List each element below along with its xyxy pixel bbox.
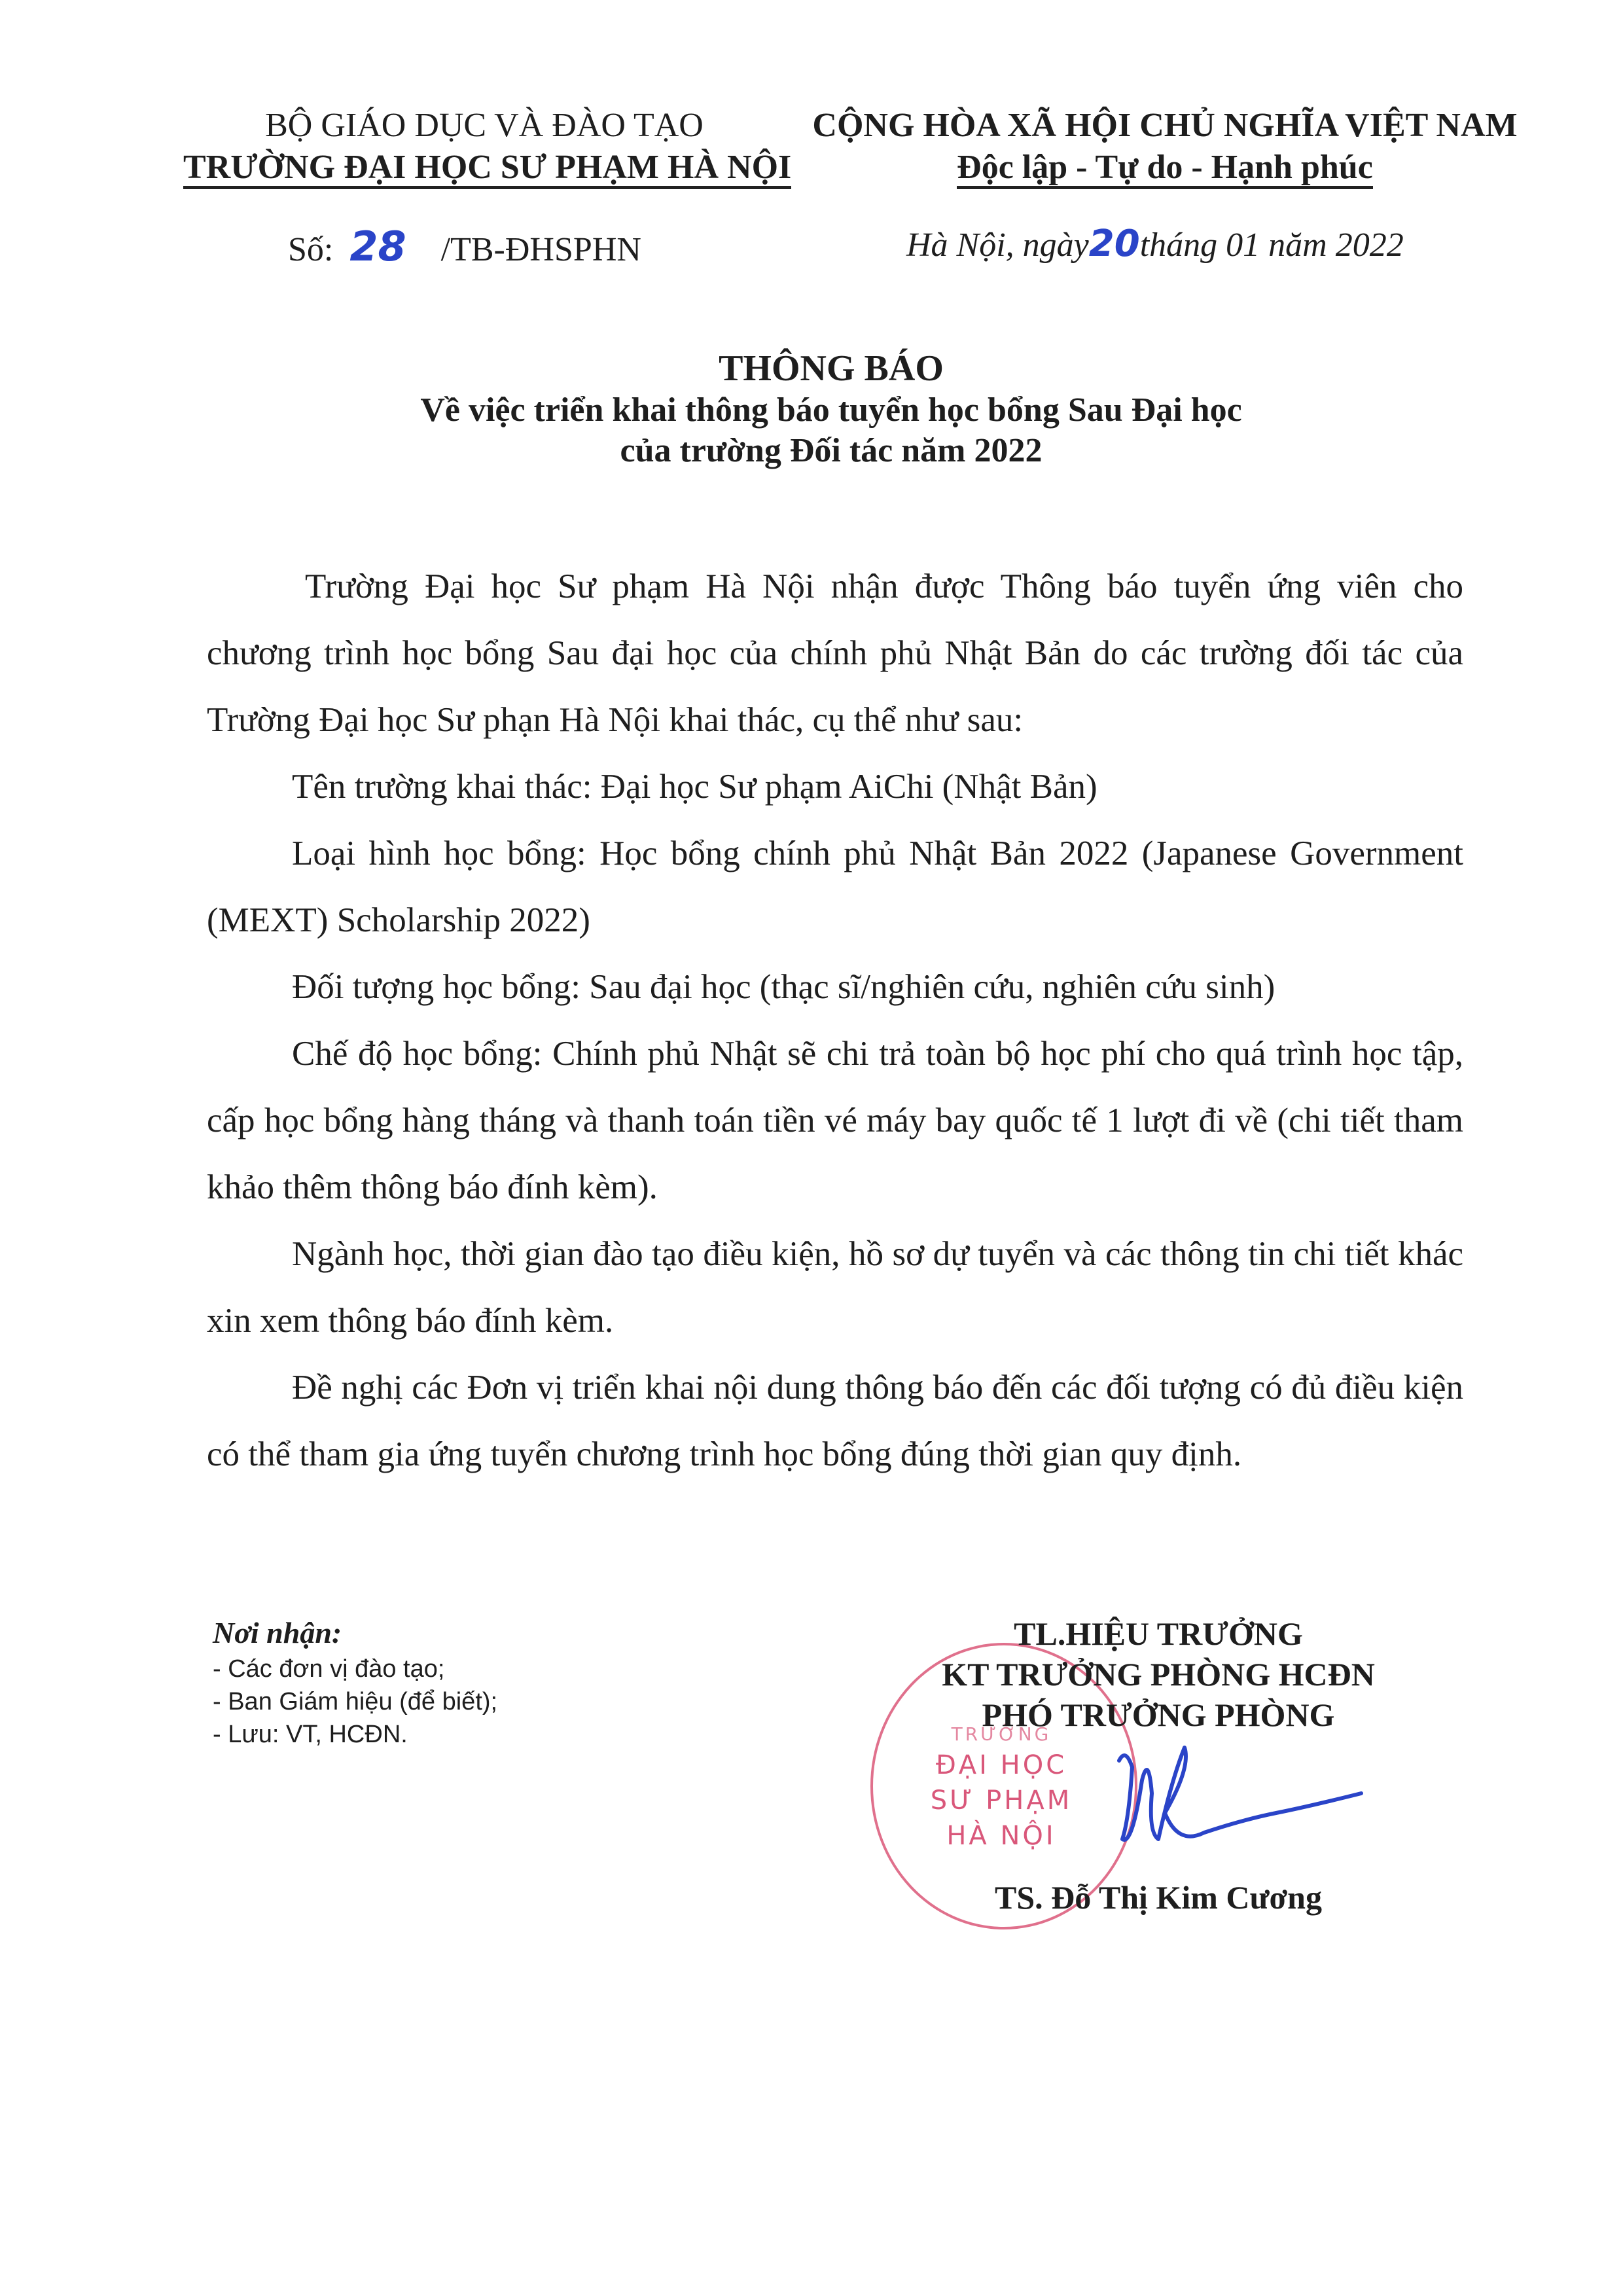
body-paragraph: Ngành học, thời gian đào tạo điều kiện, … [207, 1221, 1463, 1354]
signature-authority-3: PHÓ TRƯỞNG PHÒNG [864, 1695, 1453, 1735]
recipient-item: - Ban Giám hiệu (để biết); [213, 1685, 736, 1718]
title-main: THÔNG BÁO [196, 347, 1466, 390]
signature-block: TL.HIỆU TRƯỞNG KT TRƯỞNG PHÒNG HCĐN PHÓ … [864, 1613, 1453, 1735]
signer-name: TS. Đỗ Thị Kim Cương [864, 1878, 1453, 1916]
body-paragraph: Loại hình học bổng: Học bổng chính phủ N… [207, 820, 1463, 954]
document-date: Hà Nội, ngày20tháng 01 năm 2022 [906, 223, 1404, 265]
body-paragraph: Trường Đại học Sư phạm Hà Nội nhận được … [207, 553, 1463, 753]
school-name: TRƯỜNG ĐẠI HỌC SƯ PHẠM HÀ NỘI [183, 147, 785, 189]
doc-number-suffix: /TB-ĐHSPHN [441, 231, 641, 268]
title-subtitle-1: Về việc triển khai thông báo tuyển học b… [196, 390, 1466, 431]
date-day-handwritten: 20 [1089, 223, 1140, 265]
doc-number-prefix: Số: [288, 231, 333, 268]
recipient-item: - Các đơn vị đào tạo; [213, 1653, 736, 1685]
body-paragraph: Đối tượng học bổng: Sau đại học (thạc sĩ… [207, 954, 1463, 1020]
body-paragraph: Tên trường khai thác: Đại học Sư phạm Ai… [207, 753, 1463, 820]
signature-authority-1: TL.HIỆU TRƯỞNG [864, 1613, 1453, 1654]
recipients-label: Nơi nhận: [213, 1613, 736, 1653]
title-subtitle-2: của trường Đối tác năm 2022 [196, 431, 1466, 471]
document-number: Số: 28 /TB-ĐHSPHN [288, 223, 641, 270]
date-prefix: Hà Nội, ngày [906, 226, 1089, 264]
date-suffix: tháng 01 năm 2022 [1140, 226, 1404, 264]
document-body: Trường Đại học Sư phạm Hà Nội nhận được … [207, 553, 1463, 1488]
seal-text: TRƯỜNG ĐẠI HỌC SƯ PHẠM HÀ NỘI [903, 1721, 1099, 1854]
doc-number-handwritten: 28 [349, 223, 406, 270]
recipient-item: - Lưu: VT, HCĐN. [213, 1718, 736, 1751]
signature-scribble-icon [1113, 1741, 1374, 1859]
handwritten-signature [1113, 1741, 1374, 1862]
body-paragraph: Đề nghị các Đơn vị triển khai nội dung t… [207, 1354, 1463, 1488]
national-motto: Độc lập - Tự do - Hạnh phúc [805, 147, 1525, 189]
national-header: CỘNG HÒA XÃ HỘI CHỦ NGHĨA VIỆT NAM Độc l… [805, 105, 1525, 189]
recipients-block: Nơi nhận: - Các đơn vị đào tạo; - Ban Gi… [213, 1613, 736, 1751]
signature-authority-2: KT TRƯỞNG PHÒNG HCĐN [864, 1654, 1453, 1695]
body-paragraph: Chế độ học bổng: Chính phủ Nhật sẽ chi t… [207, 1020, 1463, 1221]
ministry-name: BỘ GIÁO DỤC VÀ ĐÀO TẠO [183, 105, 785, 147]
document-title: THÔNG BÁO Về việc triển khai thông báo t… [196, 347, 1466, 471]
issuer-header: BỘ GIÁO DỤC VÀ ĐÀO TẠO TRƯỜNG ĐẠI HỌC SƯ… [183, 105, 785, 189]
country-name: CỘNG HÒA XÃ HỘI CHỦ NGHĨA VIỆT NAM [805, 105, 1525, 147]
